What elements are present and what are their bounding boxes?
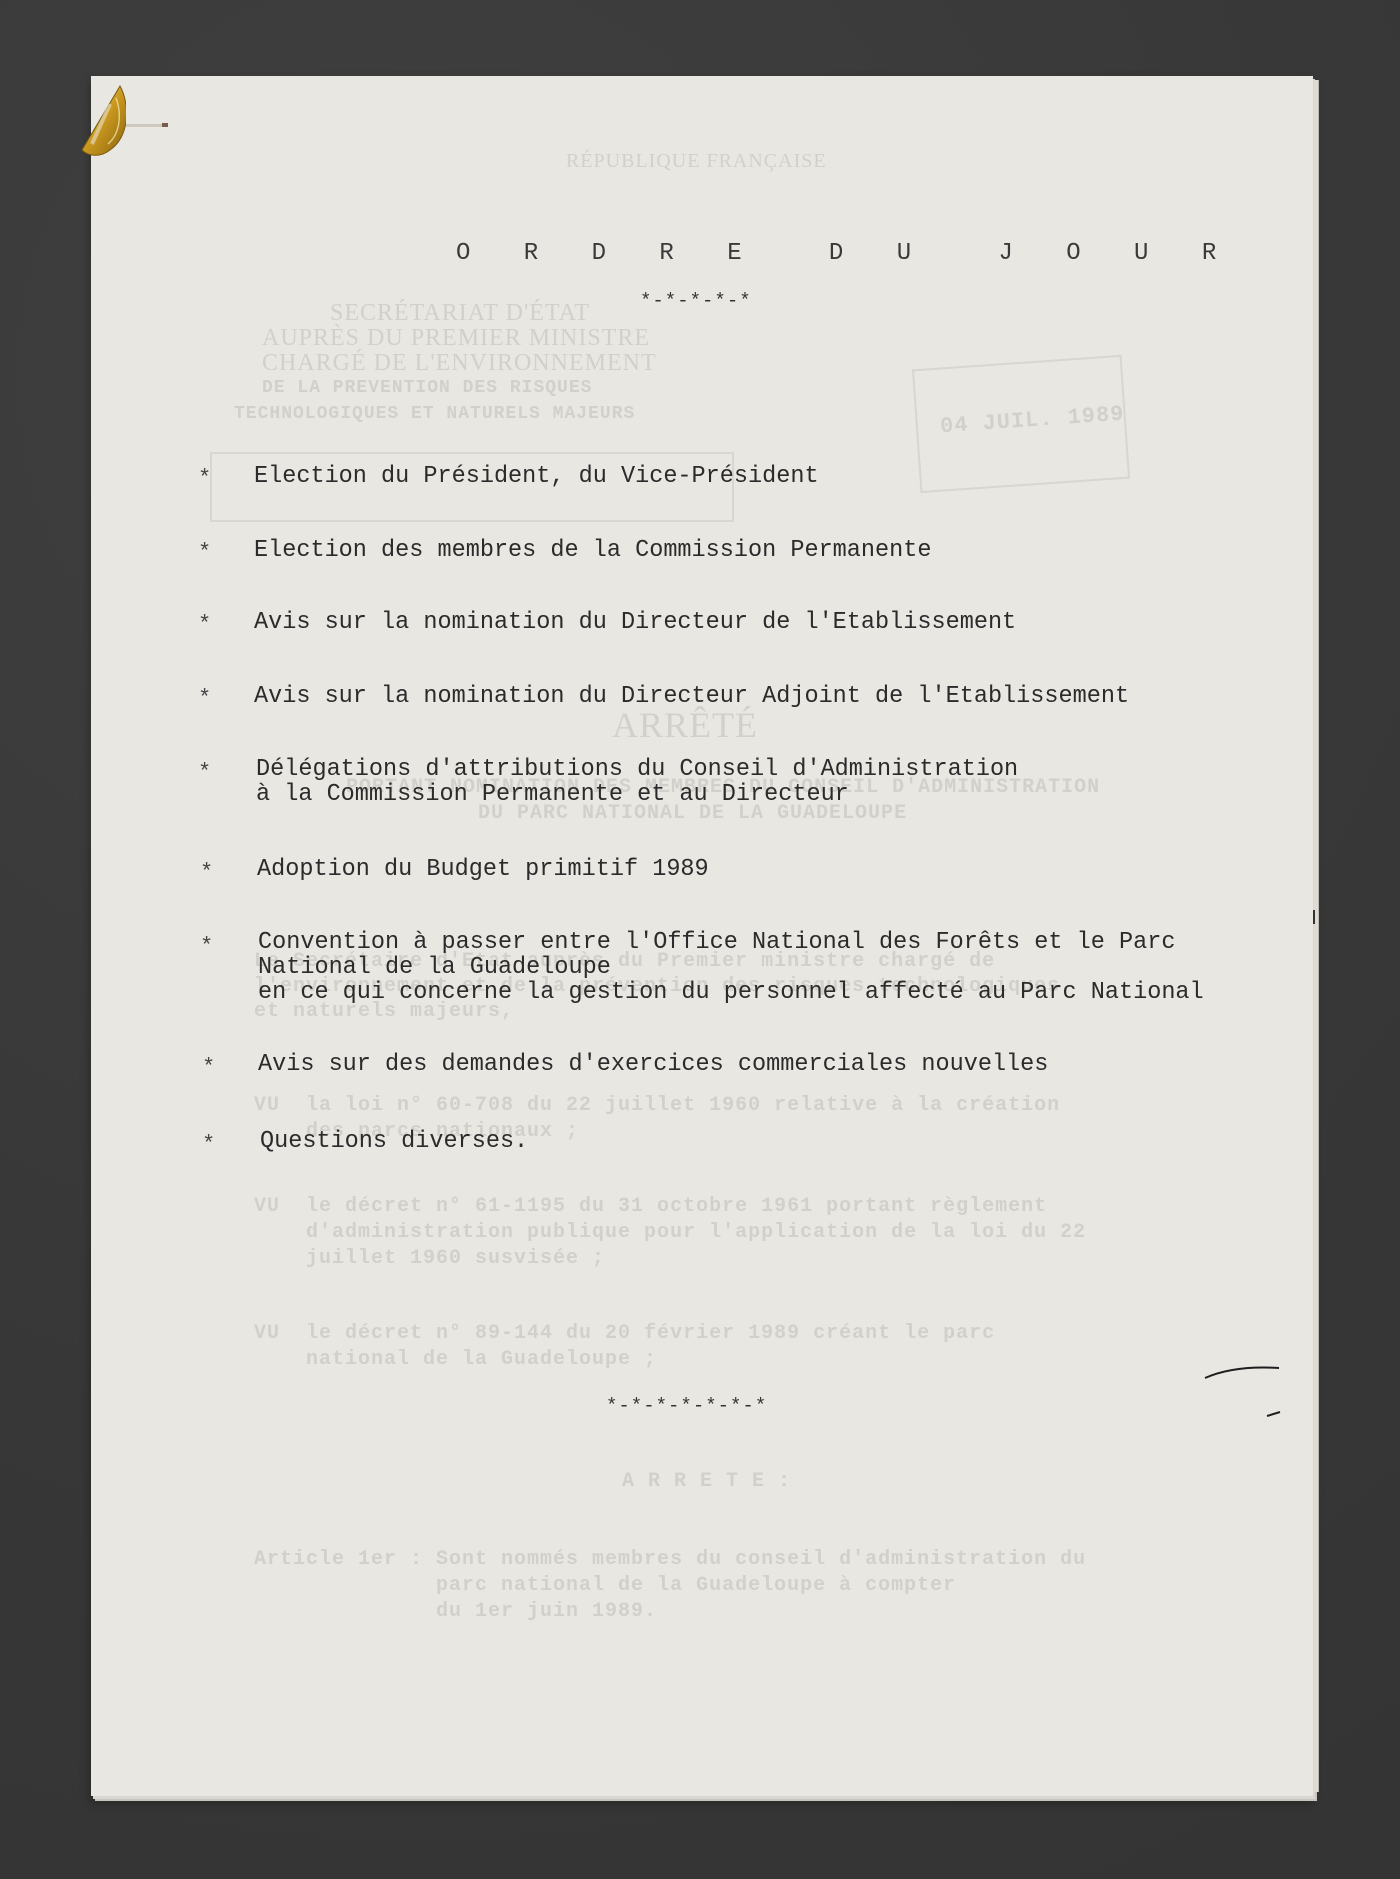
bleed-header: RÉPUBLIQUE FRANÇAISE xyxy=(566,150,827,173)
bullet-asterisk: * xyxy=(198,466,211,491)
agenda-item-text: Adoption du Budget primitif 1989 xyxy=(257,857,709,882)
agenda-item-text: Election des membres de la Commission Pe… xyxy=(254,538,931,563)
agenda-item-text: à la Commission Permanente et au Directe… xyxy=(256,782,849,807)
bullet-asterisk: * xyxy=(198,686,211,711)
pen-stroke-mark xyxy=(1203,1364,1281,1380)
page-title: O R D R E D U J O U R xyxy=(456,240,1236,267)
bullet-asterisk: * xyxy=(200,934,213,959)
separator-bottom: *-*-*-*-*-*-* xyxy=(606,1395,767,1417)
agenda-item-text: National de la Guadeloupe xyxy=(258,955,611,980)
bullet-asterisk: * xyxy=(202,1132,215,1157)
edge-mark xyxy=(1313,910,1315,924)
agenda-item-text: Questions diverses. xyxy=(260,1129,528,1154)
page-stack-edge xyxy=(1314,80,1319,1792)
agenda-item-text: Avis sur la nomination du Directeur Adjo… xyxy=(254,684,1129,709)
bullet-asterisk: * xyxy=(198,760,211,785)
paper-clip-icon xyxy=(80,84,126,162)
agenda-item-text: Convention à passer entre l'Office Natio… xyxy=(258,930,1175,955)
bullet-asterisk: * xyxy=(200,860,213,885)
bullet-asterisk: * xyxy=(198,612,211,637)
bullet-asterisk: * xyxy=(198,540,211,565)
separator-top: *-*-*-*-* xyxy=(640,290,752,312)
agenda-item-text: Délégations d'attributions du Conseil d'… xyxy=(256,757,1018,782)
agenda-item-text: Election du Président, du Vice-Président xyxy=(254,464,819,489)
bleed-arrete-title: ARRÊTÉ xyxy=(612,704,758,746)
agenda-item-text: Avis sur la nomination du Directeur de l… xyxy=(254,610,1016,635)
bullet-asterisk: * xyxy=(202,1055,215,1080)
agenda-item-text: Avis sur des demandes d'exercices commer… xyxy=(258,1052,1048,1077)
pen-dash-mark xyxy=(1266,1410,1282,1418)
staple-wire xyxy=(126,124,162,127)
agenda-item-text: en ce qui concerne la gestion du personn… xyxy=(258,980,1204,1005)
